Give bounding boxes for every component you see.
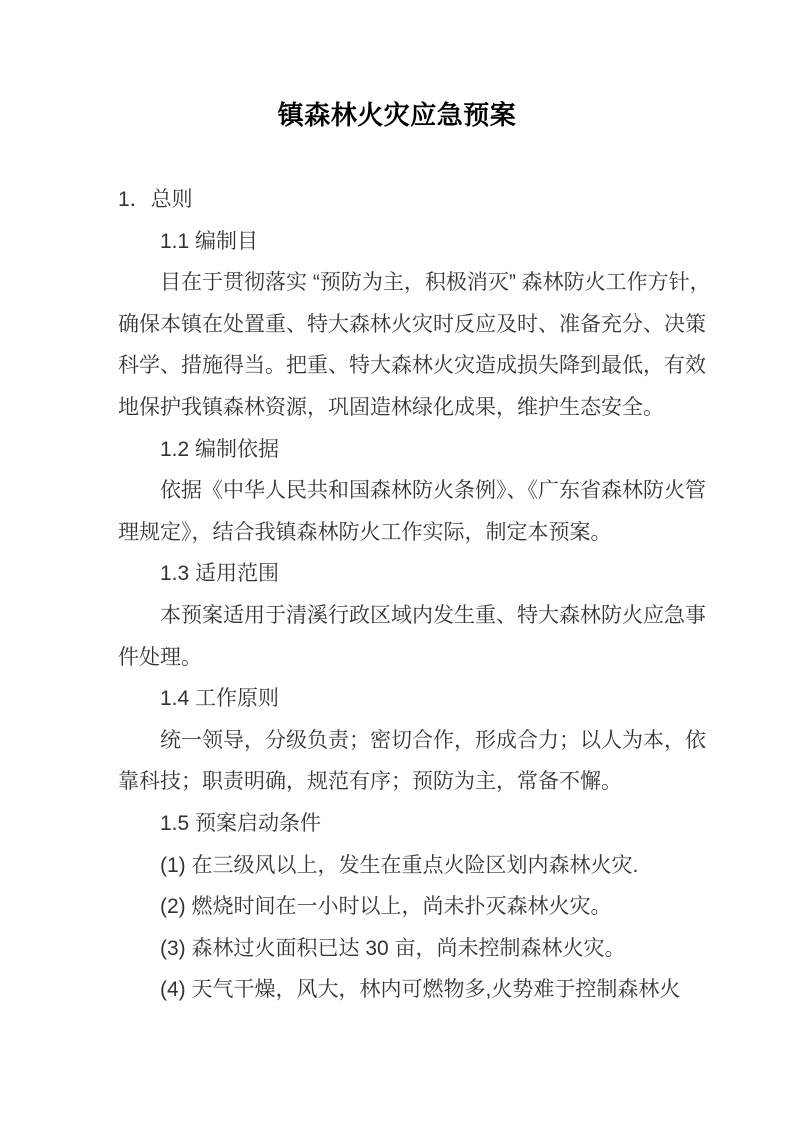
paragraph-line: 靠科技；职责明确，规范有序；预防为主，常备不懈。 bbox=[118, 761, 684, 803]
sub-heading: 1.2 编制依据 bbox=[118, 429, 684, 471]
sub-heading: 1.3 适用范围 bbox=[118, 553, 684, 595]
sub-heading: 1.4 工作原则 bbox=[118, 678, 684, 720]
paragraph-line: 理规定》，结合我镇森林防火工作实际，制定本预案。 bbox=[118, 512, 684, 554]
section-heading: 1．总则 bbox=[118, 179, 684, 221]
document-body: 1．总则1.1 编制目目在于贯彻落实 “预防为主，积极消灭” 森林防火工作方针，… bbox=[118, 179, 684, 1011]
list-item-line: (1) 在三级风以上，发生在重点火险区划内森林火灾. bbox=[118, 845, 684, 887]
paragraph-line: 本预案适用于清溪行政区域内发生重、特大森林防火应急事 bbox=[118, 595, 684, 637]
paragraph-line: 科学、措施得当。把重、特大森林火灾造成损失降到最低，有效 bbox=[118, 345, 684, 387]
paragraph-line: 统一领导，分级负责；密切合作，形成合力；以人为本，依 bbox=[118, 720, 684, 762]
sub-heading: 1.5 预案启动条件 bbox=[118, 803, 684, 845]
paragraph-line: 目在于贯彻落实 “预防为主，积极消灭” 森林防火工作方针， bbox=[118, 262, 684, 304]
document-title: 镇森林火灾应急预案 bbox=[0, 99, 794, 131]
list-item-line: (2) 燃烧时间在一小时以上，尚未扑灭森林火灾。 bbox=[118, 886, 684, 928]
list-item-line: (4) 天气干燥，风大，林内可燃物多,火势难于控制森林火 bbox=[118, 969, 684, 1011]
paragraph-line: 地保护我镇森林资源，巩固造林绿化成果，维护生态安全。 bbox=[118, 387, 684, 429]
document-page: 镇森林火灾应急预案 1．总则1.1 编制目目在于贯彻落实 “预防为主，积极消灭”… bbox=[0, 0, 794, 1123]
paragraph-line: 依据《中华人民共和国森林防火条例》、《广东省森林防火管 bbox=[118, 470, 684, 512]
sub-heading: 1.1 编制目 bbox=[118, 221, 684, 263]
paragraph-line: 件处理。 bbox=[118, 637, 684, 679]
paragraph-line: 确保本镇在处置重、特大森林火灾时反应及时、准备充分、决策 bbox=[118, 304, 684, 346]
list-item-line: (3) 森林过火面积已达 30 亩，尚未控制森林火灾。 bbox=[118, 928, 684, 970]
